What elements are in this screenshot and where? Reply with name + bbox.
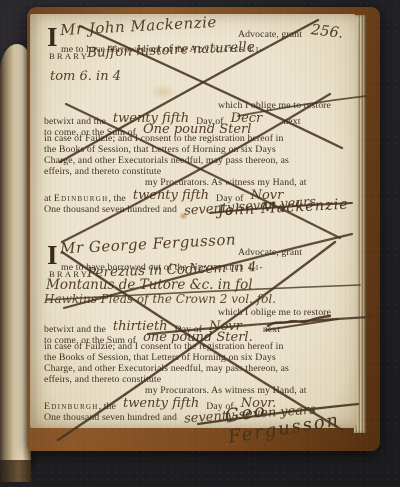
- printed-text: next: [263, 324, 280, 335]
- drop-cap-initial: I: [47, 24, 58, 50]
- ledger-page: 256. I Mr John Mackenzie Advocate, grant…: [30, 14, 357, 428]
- drop-cap-initial: I: [47, 242, 58, 268]
- handwritten-signing-day: twenty fifth: [123, 396, 199, 411]
- printed-procurators-line: my Procurators. As witness my Hand, at: [44, 177, 345, 188]
- printed-failzie-line: effeirs, and thereto constitute: [44, 374, 345, 385]
- printed-failzie-line: the Books of Session, that Letters of Ho…: [44, 144, 345, 155]
- printed-failzie-line: Charge, and other Executorials needful, …: [44, 363, 345, 374]
- printed-oblige-line: which I oblige me to restore: [218, 307, 331, 318]
- borrow-record-fergusson: I Mr George Fergusson Advocate, grant me…: [30, 240, 357, 456]
- return-date-line: betwixt and the thirtieth Day of Novr ne…: [44, 319, 345, 330]
- handwritten-sum: one pound Sterl.: [143, 330, 253, 345]
- printed-obligation-paragraph: betwixt and the twenty fifth Day of Decr…: [44, 111, 345, 210]
- penalty-sum-line: to come, or the Sum of one pound Sterl.: [44, 330, 345, 341]
- return-date-line: betwixt and the twenty fifth Day of Decr…: [44, 111, 345, 122]
- photograph-of-ledger-page: 256. I Mr John Mackenzie Advocate, grant…: [0, 0, 400, 487]
- printed-failzie-line: effeirs, and thereto constitute: [44, 166, 345, 177]
- borrower-name-handwritten: Mr John Mackenzie: [60, 13, 218, 39]
- printed-text: One thousand seven hundred and: [44, 204, 177, 215]
- printed-brary: BRARY: [49, 51, 89, 61]
- printed-oblige-line: which I oblige me to restore: [218, 100, 331, 111]
- handwritten-signing-day: twenty fifth: [133, 188, 209, 203]
- book-title-handwritten-2: Montanus de Tutore &c. in fol: [46, 277, 253, 293]
- book-title-handwritten-2: tom 6. in 4: [50, 69, 121, 84]
- book-cover-leather-edge: 256. I Mr John Mackenzie Advocate, grant…: [27, 7, 380, 451]
- handwritten-sum: One pound Sterl: [143, 122, 251, 137]
- printed-failzie-line: the Books of Session, that Letters of Ho…: [44, 352, 345, 363]
- printed-failzie-line: Charge, and other Executorials needful, …: [44, 155, 345, 166]
- printed-text: next: [283, 116, 300, 127]
- printed-text: One thousand seven hundred and: [44, 412, 177, 423]
- borrow-record-mackenzie: I Mr John Mackenzie Advocate, grant me t…: [30, 22, 357, 238]
- book-title-handwritten-3: Hawkins Pleas of the Crown 2 vol. fol.: [44, 292, 276, 306]
